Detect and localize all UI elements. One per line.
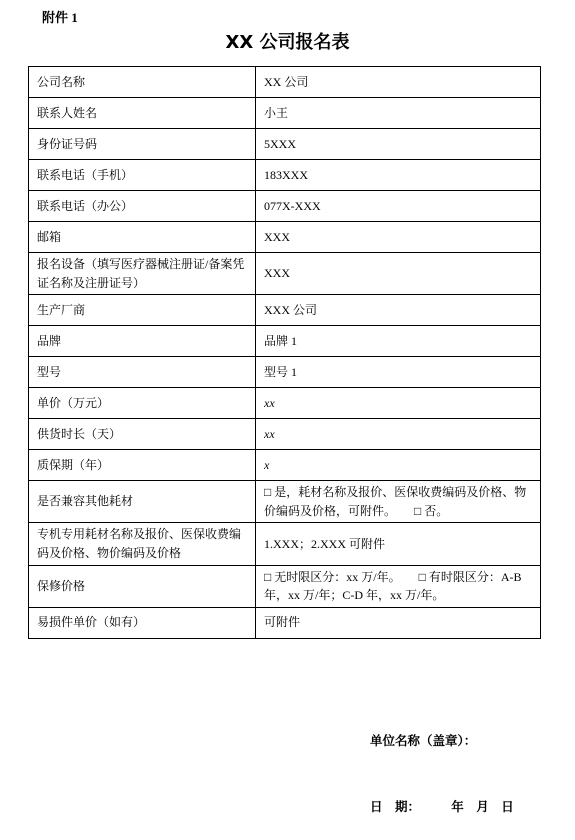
row-value: xx (256, 388, 541, 419)
table-row: 专机专用耗材名称及报价、医保收费编码及价格、物价编码及价格1.XXX；2.XXX… (29, 523, 541, 565)
row-label: 品牌 (29, 326, 256, 357)
unit-name-label: 单位名称（盖章）： (370, 730, 514, 752)
row-label: 易损件单价（如有） (29, 607, 256, 638)
table-row: 质保期（年）x (29, 450, 541, 481)
row-value: □ 是，耗材名称及报价、医保收费编码及价格、物价编码及价格，可附件。 □ 否。 (256, 481, 541, 523)
row-label: 联系电话（手机） (29, 160, 256, 191)
table-row: 联系人姓名小王 (29, 98, 541, 129)
table-row: 联系电话（办公）077X-XXX (29, 191, 541, 222)
table-row: 保修价格□ 无时限区分：xx 万/年。 □ 有时限区分：A-B 年，xx 万/年… (29, 565, 541, 607)
attachment-label: 附件 1 (42, 7, 78, 26)
table-row: 型号型号 1 (29, 357, 541, 388)
table-row: 身份证号码5XXX (29, 129, 541, 160)
table-row: 供货时长（天）xx (29, 419, 541, 450)
row-value: 1.XXX；2.XXX 可附件 (256, 523, 541, 565)
registration-form-table: 公司名称XX 公司联系人姓名小王身份证号码5XXX联系电话（手机）183XXX联… (28, 66, 541, 639)
table-row: 易损件单价（如有）可附件 (29, 607, 541, 638)
row-label: 专机专用耗材名称及报价、医保收费编码及价格、物价编码及价格 (29, 523, 256, 565)
table-row: 联系电话（手机）183XXX (29, 160, 541, 191)
row-value: 077X-XXX (256, 191, 541, 222)
table-row: 公司名称XX 公司 (29, 67, 541, 98)
table-row: 单价（万元）xx (29, 388, 541, 419)
table-row: 品牌品牌 1 (29, 326, 541, 357)
row-label: 报名设备（填写医疗器械注册证/备案凭证名称及注册证号） (29, 253, 256, 295)
row-value: XXX (256, 253, 541, 295)
row-value: 183XXX (256, 160, 541, 191)
row-label: 公司名称 (29, 67, 256, 98)
table-row: 邮箱XXX (29, 222, 541, 253)
row-value: XX 公司 (256, 67, 541, 98)
row-value: 品牌 1 (256, 326, 541, 357)
row-label: 联系人姓名 (29, 98, 256, 129)
row-label: 邮箱 (29, 222, 256, 253)
row-label: 保修价格 (29, 565, 256, 607)
row-value: □ 无时限区分：xx 万/年。 □ 有时限区分：A-B 年，xx 万/年；C-D… (256, 565, 541, 607)
row-label: 联系电话（办公） (29, 191, 256, 222)
date-label: 日 期： 年 月 日 (370, 796, 514, 818)
row-value: xx (256, 419, 541, 450)
row-value: 5XXX (256, 129, 541, 160)
row-value: 型号 1 (256, 357, 541, 388)
row-value: 小王 (256, 98, 541, 129)
row-value: x (256, 450, 541, 481)
row-value: XXX (256, 222, 541, 253)
page-title: XX 公司报名表 (0, 28, 575, 54)
row-value: XXX 公司 (256, 295, 541, 326)
row-label: 身份证号码 (29, 129, 256, 160)
table-row: 报名设备（填写医疗器械注册证/备案凭证名称及注册证号）XXX (29, 253, 541, 295)
row-label: 供货时长（天） (29, 419, 256, 450)
table-row: 生产厂商XXX 公司 (29, 295, 541, 326)
row-value: 可附件 (256, 607, 541, 638)
row-label: 单价（万元） (29, 388, 256, 419)
row-label: 是否兼容其他耗材 (29, 481, 256, 523)
table-row: 是否兼容其他耗材□ 是，耗材名称及报价、医保收费编码及价格、物价编码及价格，可附… (29, 481, 541, 523)
signature-block: 单位名称（盖章）： 日 期： 年 月 日 (370, 686, 514, 840)
row-label: 质保期（年） (29, 450, 256, 481)
form-table-body: 公司名称XX 公司联系人姓名小王身份证号码5XXX联系电话（手机）183XXX联… (29, 67, 541, 639)
row-label: 生产厂商 (29, 295, 256, 326)
row-label: 型号 (29, 357, 256, 388)
